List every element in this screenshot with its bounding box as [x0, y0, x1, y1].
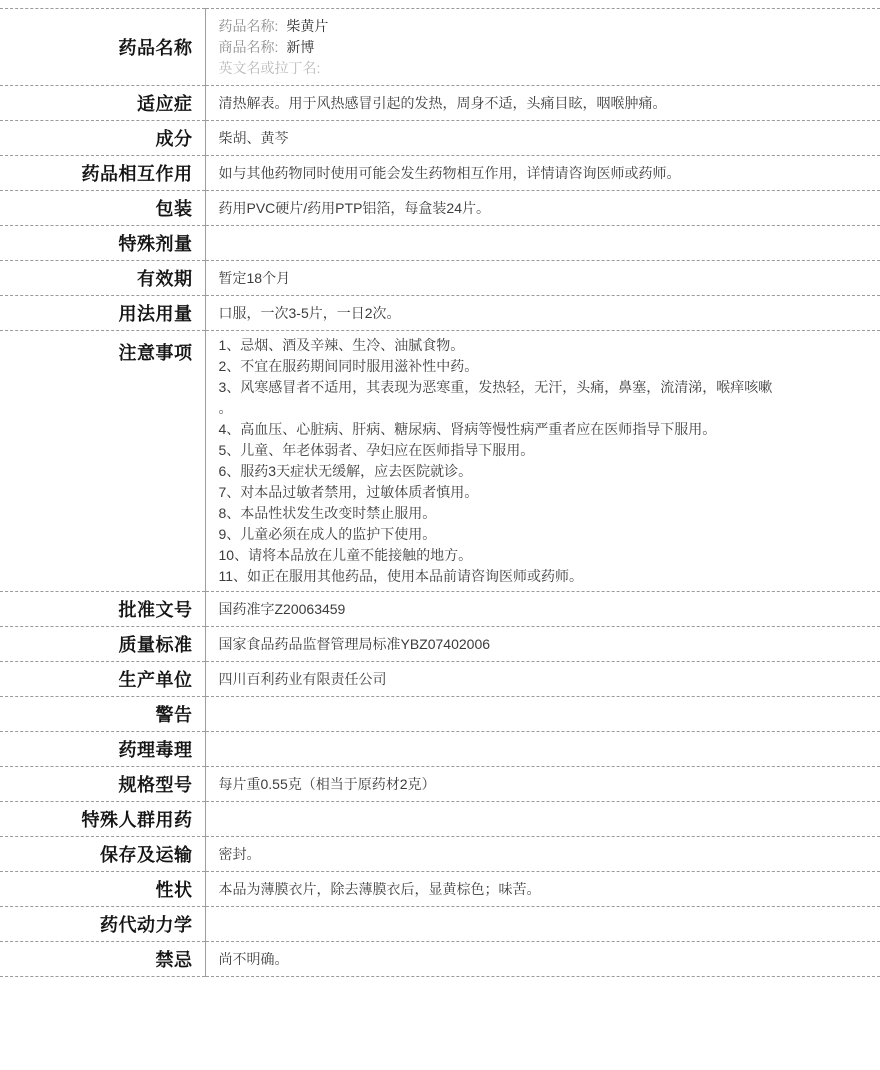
table-row: 批准文号 国药准字Z20063459: [0, 592, 880, 627]
content-line: 1、忌烟、酒及辛辣、生冷、油腻食物。: [219, 335, 871, 356]
field-value: 本品为薄膜衣片，除去薄膜衣后，显黄棕色；味苦。: [219, 881, 541, 897]
row-label: 性状: [0, 872, 205, 907]
table-row: 禁忌 尚不明确。: [0, 942, 880, 977]
field-value: 11、如正在服用其他药品，使用本品前请咨询医师或药师。: [219, 568, 584, 584]
row-content: 国药准字Z20063459: [205, 592, 880, 627]
row-label: 禁忌: [0, 942, 205, 977]
content-line: 口服，一次3-5片，一日2次。: [219, 303, 871, 324]
field-value: 柴胡、黄芩: [219, 130, 289, 146]
content-line: 3、风寒感冒者不适用，其表现为恶寒重，发热轻，无汗，头痛，鼻塞，流清涕，喉痒咳嗽: [219, 377, 871, 398]
content-line: 如与其他药物同时使用可能会发生药物相互作用，详情请咨询医师或药师。: [219, 163, 871, 184]
field-value: 暂定18个月: [219, 270, 291, 286]
table-row: 性状 本品为薄膜衣片，除去薄膜衣后，显黄棕色；味苦。: [0, 872, 880, 907]
content-line: 国药准字Z20063459: [219, 599, 871, 620]
content-line: 尚不明确。: [219, 949, 871, 970]
field-value: 10、请将本品放在儿童不能接触的地方。: [219, 547, 473, 563]
row-content: 药品名称:柴黄片商品名称:新博英文名或拉丁名:: [205, 9, 880, 86]
field-value: 新博: [286, 39, 314, 55]
field-value: 8、本品性状发生改变时禁止服用。: [219, 505, 437, 521]
content-line: 英文名或拉丁名:: [219, 58, 871, 79]
field-value: 柴黄片: [286, 18, 328, 34]
table-row: 用法用量 口服，一次3-5片，一日2次。: [0, 296, 880, 331]
table-row: 质量标准 国家食品药品监督管理局标准YBZ07402006: [0, 627, 880, 662]
row-content: 国家食品药品监督管理局标准YBZ07402006: [205, 627, 880, 662]
content-line: 本品为薄膜衣片，除去薄膜衣后，显黄棕色；味苦。: [219, 879, 871, 900]
row-label: 药品相互作用: [0, 156, 205, 191]
field-value: 4、高血压、心脏病、肝病、糖尿病、肾病等慢性病严重者应在医师指导下服用。: [219, 421, 717, 437]
row-content: 清热解表。用于风热感冒引起的发热，周身不适，头痛目眩，咽喉肿痛。: [205, 86, 880, 121]
row-content: 四川百利药业有限责任公司: [205, 662, 880, 697]
table-row: 警告: [0, 697, 880, 732]
row-label: 适应症: [0, 86, 205, 121]
row-label: 生产单位: [0, 662, 205, 697]
table-row: 有效期 暂定18个月: [0, 261, 880, 296]
row-content: 口服，一次3-5片，一日2次。: [205, 296, 880, 331]
content-line: 国家食品药品监督管理局标准YBZ07402006: [219, 634, 871, 655]
content-line: 2、不宜在服药期间同时服用滋补性中药。: [219, 356, 871, 377]
content-line: 6、服药3天症状无缓解，应去医院就诊。: [219, 461, 871, 482]
row-content: 每片重0.55克（相当于原药材2克）: [205, 767, 880, 802]
field-value: 2、不宜在服药期间同时服用滋补性中药。: [219, 358, 479, 374]
row-label: 特殊人群用药: [0, 802, 205, 837]
table-row: 包装 药用PVC硬片/药用PTP铝箔，每盒装24片。: [0, 191, 880, 226]
row-content: 密封。: [205, 837, 880, 872]
row-label: 警告: [0, 697, 205, 732]
field-value: 国药准字Z20063459: [219, 601, 346, 617]
table-row: 注意事项 1、忌烟、酒及辛辣、生冷、油腻食物。2、不宜在服药期间同时服用滋补性中…: [0, 331, 880, 592]
field-value: 每片重0.55克（相当于原药材2克）: [219, 776, 436, 792]
content-line: 每片重0.55克（相当于原药材2克）: [219, 774, 871, 795]
field-value: 如与其他药物同时使用可能会发生药物相互作用，详情请咨询医师或药师。: [219, 165, 681, 181]
content-line: 8、本品性状发生改变时禁止服用。: [219, 503, 871, 524]
table-row: 药品名称 药品名称:柴黄片商品名称:新博英文名或拉丁名:: [0, 9, 880, 86]
content-line: 柴胡、黄芩: [219, 128, 871, 149]
row-content: 1、忌烟、酒及辛辣、生冷、油腻食物。2、不宜在服药期间同时服用滋补性中药。3、风…: [205, 331, 880, 592]
table-row: 成分 柴胡、黄芩: [0, 121, 880, 156]
table-row: 特殊剂量: [0, 226, 880, 261]
field-value: 口服，一次3-5片，一日2次。: [219, 305, 401, 321]
row-content: [205, 907, 880, 942]
field-label: 英文名或拉丁名:: [219, 60, 321, 76]
row-label: 注意事项: [0, 331, 205, 592]
row-label: 批准文号: [0, 592, 205, 627]
content-line: 5、儿童、年老体弱者、孕妇应在医师指导下服用。: [219, 440, 871, 461]
row-content: 药用PVC硬片/药用PTP铝箔，每盒装24片。: [205, 191, 880, 226]
content-line: 暂定18个月: [219, 268, 871, 289]
row-label: 成分: [0, 121, 205, 156]
content-line: 。: [219, 398, 871, 419]
field-value: 。: [219, 400, 233, 416]
content-line: 密封。: [219, 844, 871, 865]
table-row: 规格型号 每片重0.55克（相当于原药材2克）: [0, 767, 880, 802]
drug-info-page: 药品名称 药品名称:柴黄片商品名称:新博英文名或拉丁名: 适应症 清热解表。用于…: [0, 0, 880, 1070]
content-line: 11、如正在服用其他药品，使用本品前请咨询医师或药师。: [219, 566, 871, 587]
row-content: 尚不明确。: [205, 942, 880, 977]
table-row: 药代动力学: [0, 907, 880, 942]
table-row: 生产单位 四川百利药业有限责任公司: [0, 662, 880, 697]
field-value: 1、忌烟、酒及辛辣、生冷、油腻食物。: [219, 337, 465, 353]
field-value: 密封。: [219, 846, 261, 862]
row-label: 保存及运输: [0, 837, 205, 872]
content-line: 四川百利药业有限责任公司: [219, 669, 871, 690]
row-label: 有效期: [0, 261, 205, 296]
row-label: 药品名称: [0, 9, 205, 86]
content-line: 药品名称:柴黄片: [219, 16, 871, 37]
field-value: 国家食品药品监督管理局标准YBZ07402006: [219, 636, 491, 652]
content-line: 4、高血压、心脏病、肝病、糖尿病、肾病等慢性病严重者应在医师指导下服用。: [219, 419, 871, 440]
content-line: 10、请将本品放在儿童不能接触的地方。: [219, 545, 871, 566]
field-value: 清热解表。用于风热感冒引起的发热，周身不适，头痛目眩，咽喉肿痛。: [219, 95, 667, 111]
row-content: [205, 697, 880, 732]
content-line: 药用PVC硬片/药用PTP铝箔，每盒装24片。: [219, 198, 871, 219]
row-label: 质量标准: [0, 627, 205, 662]
row-content: 如与其他药物同时使用可能会发生药物相互作用，详情请咨询医师或药师。: [205, 156, 880, 191]
field-label: 药品名称:: [219, 18, 279, 34]
content-line: 7、对本品过敏者禁用，过敏体质者慎用。: [219, 482, 871, 503]
content-line: 清热解表。用于风热感冒引起的发热，周身不适，头痛目眩，咽喉肿痛。: [219, 93, 871, 114]
row-content: [205, 732, 880, 767]
row-label: 药代动力学: [0, 907, 205, 942]
row-label: 规格型号: [0, 767, 205, 802]
row-label: 用法用量: [0, 296, 205, 331]
field-value: 5、儿童、年老体弱者、孕妇应在医师指导下服用。: [219, 442, 535, 458]
table-row: 适应症 清热解表。用于风热感冒引起的发热，周身不适，头痛目眩，咽喉肿痛。: [0, 86, 880, 121]
row-label: 包装: [0, 191, 205, 226]
content-line: 商品名称:新博: [219, 37, 871, 58]
field-label: 商品名称:: [219, 39, 279, 55]
field-value: 9、儿童必须在成人的监护下使用。: [219, 526, 437, 542]
row-content: 暂定18个月: [205, 261, 880, 296]
field-value: 3、风寒感冒者不适用，其表现为恶寒重，发热轻，无汗，头痛，鼻塞，流清涕，喉痒咳嗽: [219, 379, 773, 395]
table-row: 药理毒理: [0, 732, 880, 767]
drug-info-table: 药品名称 药品名称:柴黄片商品名称:新博英文名或拉丁名: 适应症 清热解表。用于…: [0, 8, 880, 977]
field-value: 四川百利药业有限责任公司: [219, 671, 387, 687]
content-line: 9、儿童必须在成人的监护下使用。: [219, 524, 871, 545]
row-content: [205, 802, 880, 837]
field-value: 7、对本品过敏者禁用，过敏体质者慎用。: [219, 484, 479, 500]
drug-table-body: 药品名称 药品名称:柴黄片商品名称:新博英文名或拉丁名: 适应症 清热解表。用于…: [0, 9, 880, 977]
table-row: 特殊人群用药: [0, 802, 880, 837]
field-value: 尚不明确。: [219, 951, 289, 967]
row-label: 特殊剂量: [0, 226, 205, 261]
row-content: 本品为薄膜衣片，除去薄膜衣后，显黄棕色；味苦。: [205, 872, 880, 907]
table-row: 药品相互作用 如与其他药物同时使用可能会发生药物相互作用，详情请咨询医师或药师。: [0, 156, 880, 191]
table-row: 保存及运输 密封。: [0, 837, 880, 872]
field-value: 药用PVC硬片/药用PTP铝箔，每盒装24片。: [219, 200, 490, 216]
row-label: 药理毒理: [0, 732, 205, 767]
row-content: [205, 226, 880, 261]
row-content: 柴胡、黄芩: [205, 121, 880, 156]
field-value: 6、服药3天症状无缓解，应去医院就诊。: [219, 463, 473, 479]
